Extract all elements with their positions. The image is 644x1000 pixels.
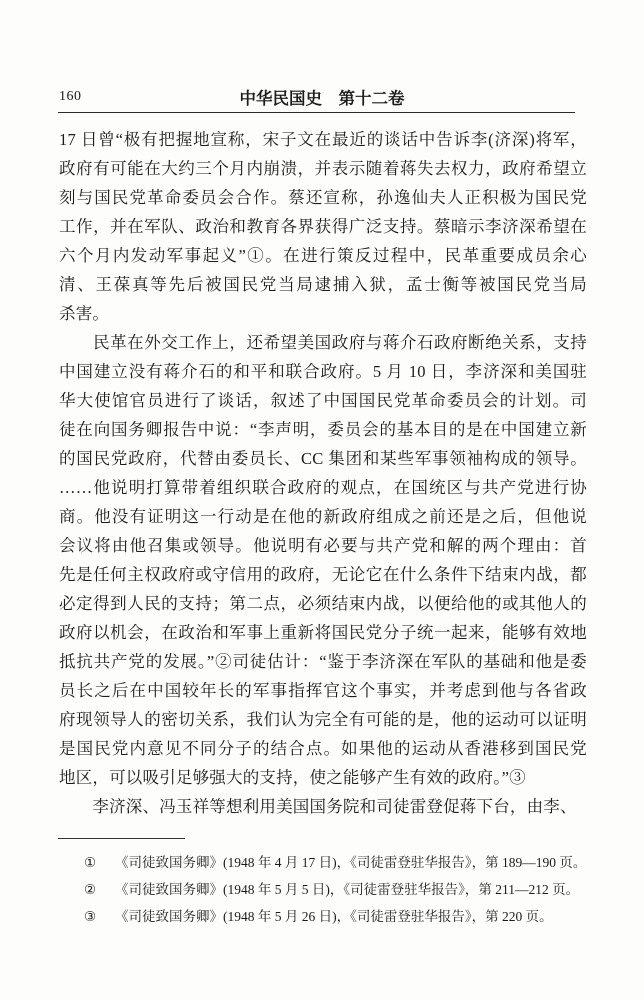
footnote: ① 《司徒致国务卿》(1948 年 4 月 17 日)，《司徒雷登驻华报告》，第…	[84, 849, 590, 876]
footnotes: ① 《司徒致国务卿》(1948 年 4 月 17 日)，《司徒雷登驻华报告》，第…	[84, 849, 590, 930]
body-text-line: 民革在外交工作上，还希望美国政府与蒋介石政府断绝关系，支持	[59, 328, 587, 357]
body-text-line: 商。他没有证明这一行动是在他的新政府组成之前还是之后，但他说	[59, 502, 587, 531]
footnote-text: 《司徒致国务卿》(1948 年 5 月 26 日)，《司徒雷登驻华报告》，第 2…	[115, 903, 590, 930]
body-text-line: 的国民党政府，代替由委员长、CC 集团和某些军事领袖构成的领导。	[59, 444, 587, 473]
body-text-line: 抵抗共产党的发展。”②司徒估计：“鉴于李济深在军队的基础和他是委	[59, 647, 587, 676]
body-text-line: 徒在向国务卿报告中说：“李声明，委员会的基本目的是在中国建立新	[59, 415, 587, 444]
running-head-title: 中华民国史 第十二卷	[0, 85, 644, 109]
footnote-text: 《司徒致国务卿》(1948 年 4 月 17 日)，《司徒雷登驻华报告》，第 1…	[115, 849, 590, 876]
body-text-line: 刻与国民党革命委员会合作。蔡还宣称，孙逸仙夫人正积极为国民党	[59, 183, 587, 212]
body-text-line: 地区，可以吸引足够强大的支持，使之能够产生有效的政府。”③	[59, 763, 587, 792]
footnote-text: 《司徒致国务卿》(1948 年 5 月 5 日)，《司徒雷登驻华报告》，第 21…	[115, 876, 590, 903]
body-text-line: 中国建立没有蒋介石的和平和联合政府。5 月 10 日，李济深和美国驻	[59, 357, 587, 386]
body-text-line: 先是任何主权政府或守信用的政府，无论它在什么条件下结束内战，都	[59, 560, 587, 589]
body-text-line: 政府有可能在大约三个月内崩溃，并表示随着蒋失去权力，政府希望立	[59, 154, 587, 183]
body-text: 17 日曾“极有把握地宣称，宋子文在最近的谈话中告诉李(济深)将军， 政府有可能…	[59, 125, 587, 821]
footnote-marker: ①	[84, 849, 115, 876]
book-page: 160 中华民国史 第十二卷 17 日曾“极有把握地宣称，宋子文在最近的谈话中告…	[0, 0, 644, 1000]
footnote: ② 《司徒致国务卿》(1948 年 5 月 5 日)，《司徒雷登驻华报告》，第 …	[84, 876, 590, 903]
body-text-line: 是国民党内意见不同分子的结合点。如果他的运动从香港移到国民党	[59, 734, 587, 763]
body-text-line: 员长之后在中国较年长的军事指挥官这个事实，并考虑到他与各省政	[59, 676, 587, 705]
body-text-line: 杀害。	[59, 299, 587, 328]
body-text-line: 李济深、冯玉祥等想利用美国国务院和司徒雷登促蒋下台，由李、	[59, 792, 587, 821]
footnote-separator	[58, 838, 185, 839]
body-text-line: 华大使馆官员进行了谈话，叙述了中国国民党革命委员会的计划。司	[59, 386, 587, 415]
body-text-line: 清、王葆真等先后被国民党当局逮捕入狱，孟士衡等被国民党当局	[59, 270, 587, 299]
footnote-marker: ②	[84, 876, 115, 903]
body-text-line: 政府以机会，在政治和军事上重新将国民党分子统一起来，能够有效地	[59, 618, 587, 647]
footnote-marker: ③	[84, 903, 115, 930]
body-text-line: 六个月内发动军事起义”①。在进行策反过程中，民革重要成员余心	[59, 241, 587, 270]
body-text-line: 府现领导人的密切关系，我们认为完全有可能的是，他的运动可以证明	[59, 705, 587, 734]
body-text-line: 会议将由他召集或领导。他说明有必要与共产党和解的两个理由：首	[59, 531, 587, 560]
body-text-line: 工作，并在军队、政治和教育各界获得广泛支持。蔡暗示李济深希望在	[59, 212, 587, 241]
footnote: ③ 《司徒致国务卿》(1948 年 5 月 26 日)，《司徒雷登驻华报告》，第…	[84, 903, 590, 930]
body-text-line: 17 日曾“极有把握地宣称，宋子文在最近的谈话中告诉李(济深)将军，	[59, 125, 587, 154]
body-text-line: 必定得到人民的支持；第二点，必须结束内战，以便给他的或其他人的	[59, 589, 587, 618]
header-rule	[58, 112, 575, 113]
body-text-line: ……他说明打算带着组织联合政府的观点，在国统区与共产党进行协	[59, 473, 587, 502]
